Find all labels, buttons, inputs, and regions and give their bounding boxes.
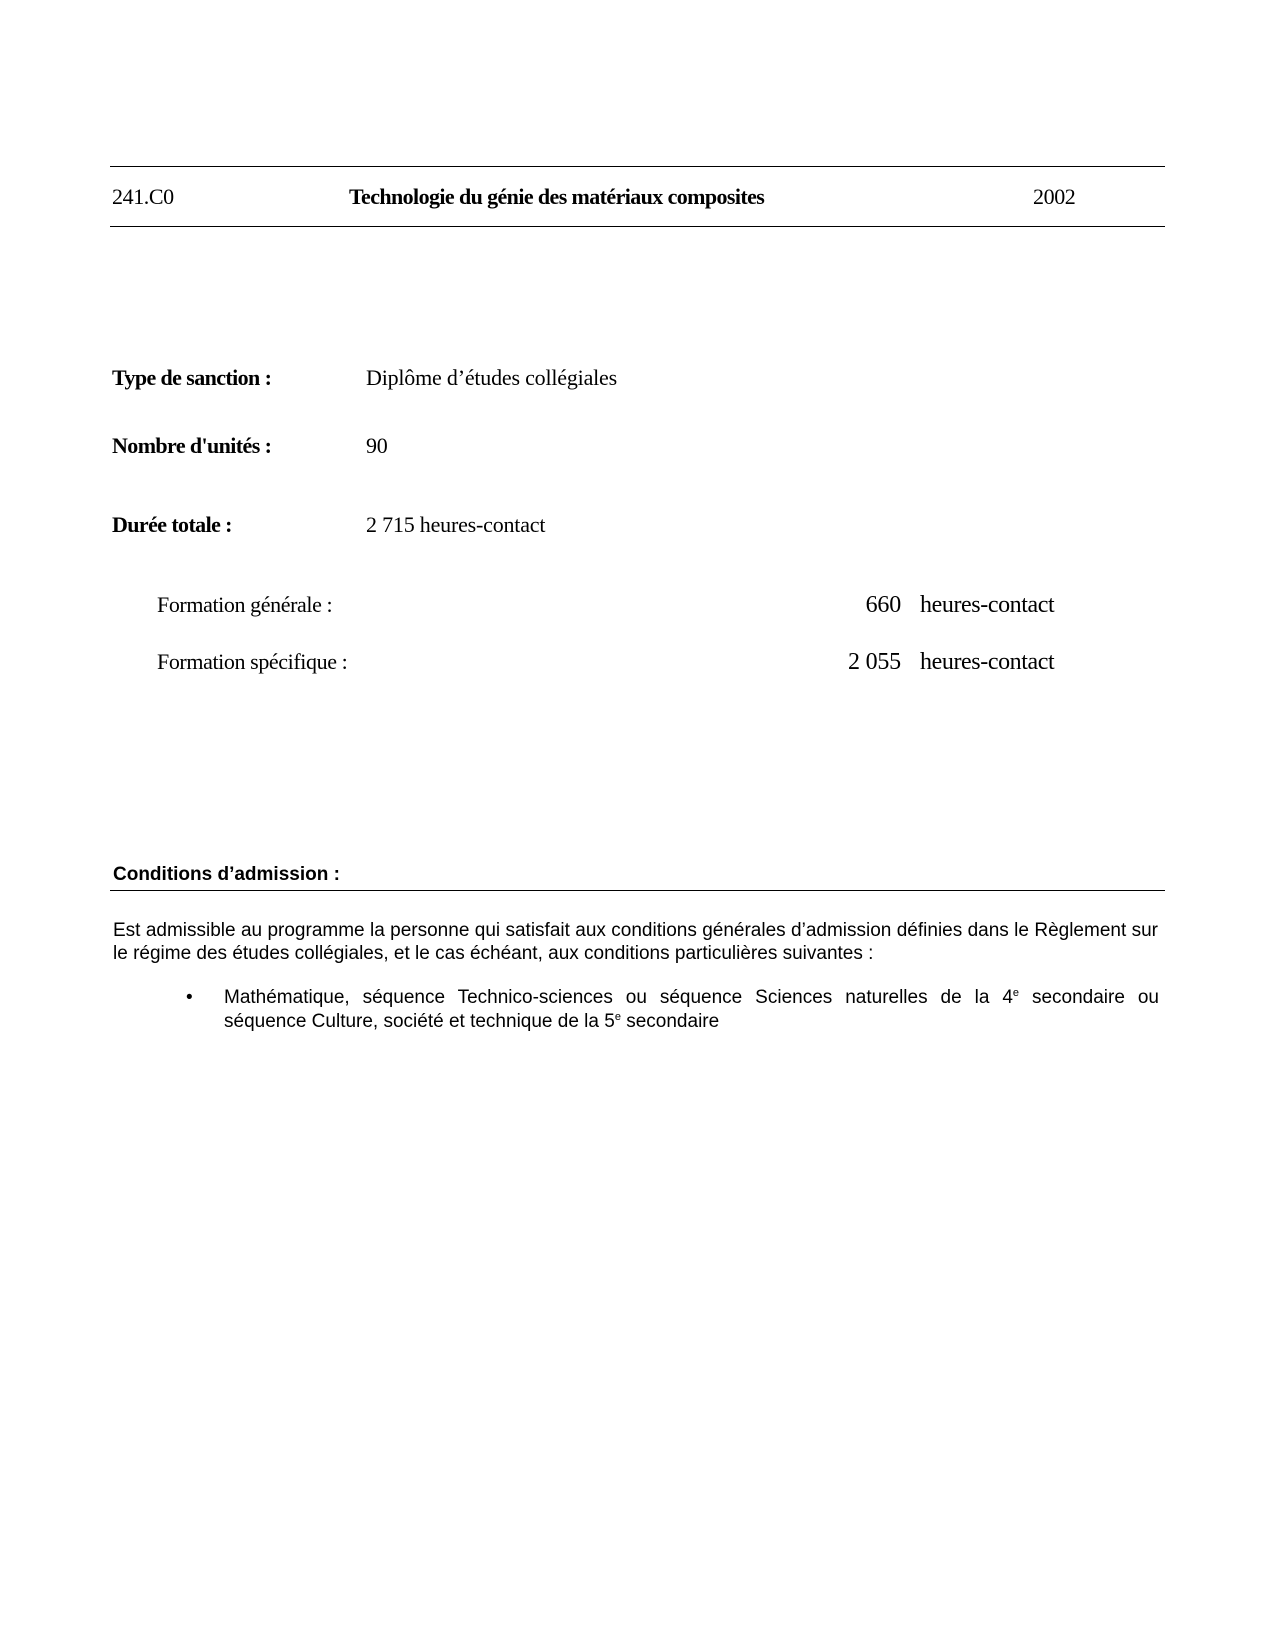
program-year: 2002	[1033, 183, 1075, 211]
specific-training-hours: 2 055	[848, 648, 901, 676]
header-top-rule	[110, 166, 1165, 167]
general-training-label: Formation générale :	[157, 591, 332, 619]
admission-heading-rule	[110, 890, 1165, 891]
bullet-text-part: secondaire	[621, 1011, 719, 1032]
admission-conditions-heading: Conditions d’admission :	[113, 863, 340, 887]
total-duration-value: 2 715 heures-contact	[366, 511, 545, 539]
sanction-type-label: Type de sanction :	[112, 364, 271, 392]
admission-bullet-item: Mathématique, séquence Technico-sciences…	[224, 986, 1159, 1034]
header-bottom-rule	[110, 226, 1165, 227]
program-title: Technologie du génie des matériaux compo…	[349, 183, 764, 211]
bullet-text-part: Mathématique, séquence Technico-sciences…	[224, 987, 1013, 1008]
specific-training-unit: heures-contact	[920, 648, 1054, 676]
general-training-unit: heures-contact	[920, 591, 1054, 619]
units-value: 90	[366, 432, 388, 460]
bullet-icon: •	[186, 986, 193, 1010]
specific-training-label: Formation spécifique :	[157, 648, 347, 676]
sanction-type-value: Diplôme d’études collégiales	[366, 364, 617, 392]
admission-intro-paragraph: Est admissible au programme la personne …	[113, 919, 1158, 965]
units-label: Nombre d'unités :	[112, 432, 271, 460]
total-duration-label: Durée totale :	[112, 511, 232, 539]
program-code: 241.C0	[112, 183, 174, 211]
general-training-hours: 660	[866, 591, 901, 619]
